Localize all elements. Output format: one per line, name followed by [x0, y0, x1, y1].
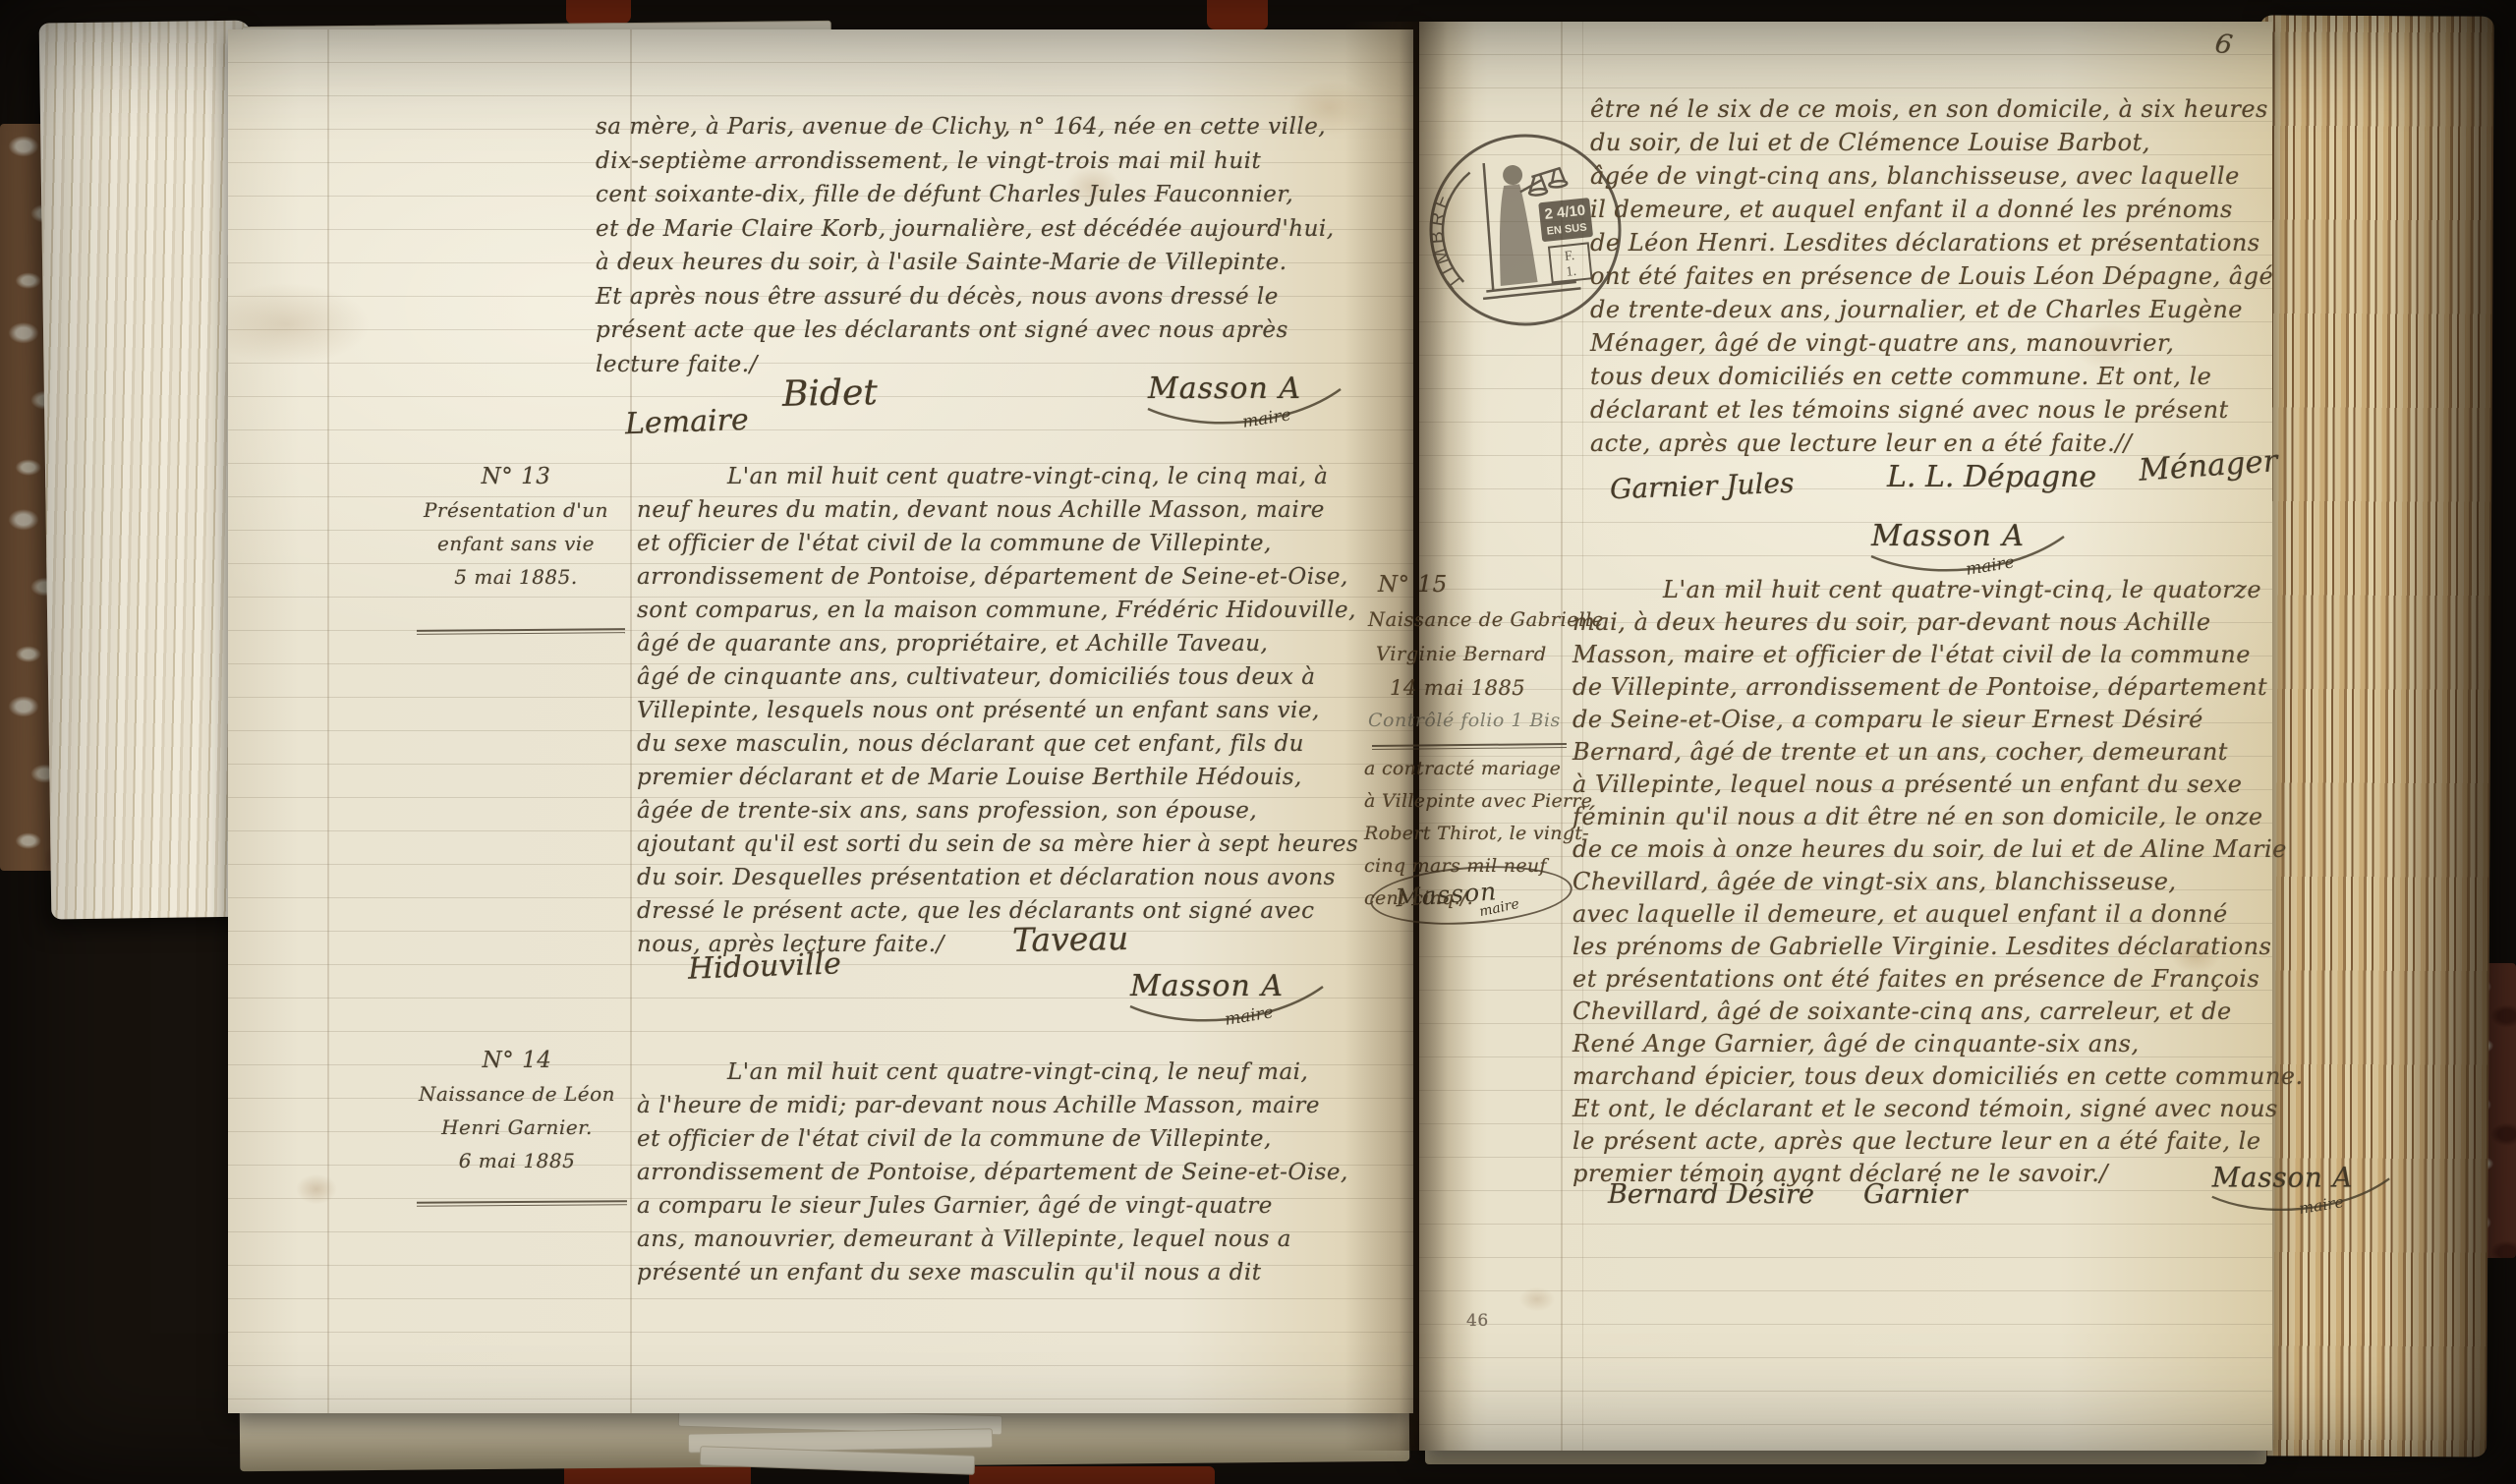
manuscript-line: sa mère, à Paris, avenue de Clichy, n° 1… [596, 110, 1335, 144]
manuscript-line: déclarant et les témoins signé avec nous… [1590, 393, 2273, 427]
stamp-footer-bottom: 1. [1566, 264, 1577, 280]
manuscript-line: arrondissement de Pontoise, département … [637, 560, 1358, 594]
act-14-number: N° 14 [401, 1044, 633, 1077]
signature-lemaire: Lemaire [624, 403, 749, 441]
manuscript-line: ans, manouvrier, demeurant à Villepinte,… [637, 1223, 1348, 1256]
manuscript-line: âgée de trente-six ans, sans profession,… [637, 794, 1358, 828]
manuscript-line: être né le six de ce mois, en son domici… [1590, 92, 2273, 126]
manuscript-line: et officier de l'état civil de la commun… [637, 527, 1358, 560]
mayor-signature-name: Masson A [1130, 969, 1284, 1003]
act-15-control-note: Contrôlé folio 1 Bis [1368, 710, 1561, 731]
manuscript-line: L'an mil huit cent quatre-vingt-cinq, le… [637, 460, 1358, 493]
svg-text:TIMBRE: TIMBRE [1422, 186, 1468, 294]
manuscript-line: il demeure, et auquel enfant il a donné … [1590, 193, 2273, 226]
act-15-margin-date: 14 mai 1885 [1368, 671, 1576, 706]
left-page-margin-rule-outer [327, 29, 329, 1413]
manuscript-line: L'an mil huit cent quatre-vingt-cinq, le… [1572, 574, 2304, 606]
manuscript-line: marchand épicier, tous deux domiciliés e… [1572, 1060, 2304, 1093]
mayor-signature-name: Masson A [1871, 519, 2025, 553]
manuscript-line: et de Marie Claire Korb, journalière, es… [596, 212, 1335, 247]
act-13-margin-line: Présentation d'un [403, 493, 629, 527]
act-14-margin-note: N° 14 Naissance de Léon Henri Garnier. 6… [401, 1044, 633, 1177]
manuscript-line: L'an mil huit cent quatre-vingt-cinq, le… [637, 1056, 1348, 1089]
signature-hidouville: Hidouville [687, 946, 841, 986]
signature-garnier: Garnier [1863, 1179, 1967, 1210]
act-13-number: N° 13 [403, 460, 629, 493]
manuscript-line: et présentations ont été faites en prése… [1572, 963, 2304, 996]
act-15-body-text: L'an mil huit cent quatre-vingt-cinq, le… [1572, 574, 2304, 1190]
manuscript-line: féminin qu'il nous a dit être né en son … [1572, 801, 2304, 833]
manuscript-line: du sexe masculin, nous déclarant que cet… [637, 727, 1358, 761]
manuscript-line: du soir. Desquelles présentation et décl… [637, 861, 1358, 894]
manuscript-line: les prénoms de Gabrielle Virginie. Lesdi… [1572, 931, 2304, 963]
manuscript-line: Et ont, le déclarant et le second témoin… [1572, 1093, 2304, 1125]
act-13-body-text: L'an mil huit cent quatre-vingt-cinq, le… [637, 460, 1358, 961]
manuscript-line: avec laquelle il demeure, et auquel enfa… [1572, 898, 2304, 931]
manuscript-line: à Villepinte avec Pierre [1364, 785, 1592, 818]
manuscript-line: Chevillard, âgée de vingt-six ans, blanc… [1572, 866, 2304, 898]
manuscript-line: à Villepinte, lequel nous a présenté un … [1572, 769, 2304, 801]
manuscript-line: Bernard, âgé de trente et un ans, cocher… [1572, 736, 2304, 769]
manuscript-line: présenté un enfant du sexe masculin qu'i… [637, 1256, 1348, 1289]
mayor-signature-name: Masson A [2212, 1163, 2354, 1194]
spine-cap-bottom-right [969, 1466, 1215, 1484]
signature-garnier-jules: Garnier Jules [1609, 467, 1794, 506]
act-15-margin-line: Virginie Bernard [1368, 637, 1576, 671]
act-14-margin-line: Naissance de Léon [401, 1077, 633, 1111]
manuscript-line: Masson, maire et officier de l'état civi… [1572, 639, 2304, 671]
manuscript-line: de Villepinte, arrondissement de Pontois… [1572, 671, 2304, 704]
manuscript-line: arrondissement de Pontoise, département … [637, 1156, 1348, 1189]
manuscript-line: a comparu le sieur Jules Garnier, âgé de… [637, 1189, 1348, 1223]
manuscript-line: âgé de quarante ans, propriétaire, et Ac… [637, 627, 1358, 660]
manuscript-line: cent soixante-dix, fille de défunt Charl… [596, 178, 1335, 212]
manuscript-line: et officier de l'état civil de la commun… [637, 1122, 1348, 1156]
signature-mayor-act-15: Masson A maire [2212, 1163, 2411, 1226]
manuscript-line: neuf heures du matin, devant nous Achill… [637, 493, 1358, 527]
manuscript-line: René Ange Garnier, âgé de cinquante-six … [1572, 1028, 2304, 1060]
manuscript-line: Et après nous être assuré du décès, nous… [596, 280, 1335, 314]
manuscript-line: du soir, de lui et de Clémence Louise Ba… [1590, 126, 2273, 159]
manuscript-line: de trente-deux ans, journalier, et de Ch… [1590, 293, 2273, 326]
register-scan: sa mère, à Paris, avenue de Clichy, n° 1… [0, 0, 2516, 1484]
manuscript-line: âgée de vingt-cinq ans, blanchisseuse, a… [1590, 159, 2273, 193]
manuscript-line: a contracté mariage [1364, 753, 1592, 785]
signature-mayor-act-13: Masson A maire [1130, 969, 1346, 1038]
manuscript-line: à l'heure de midi; par-devant nous Achil… [637, 1089, 1348, 1122]
manuscript-line: Villepinte, lesquels nous ont présenté u… [637, 694, 1358, 727]
act-15-number: N° 15 [1368, 568, 1576, 602]
stamp-footer-top: F. [1564, 249, 1575, 264]
previous-act-end-text: sa mère, à Paris, avenue de Clichy, n° 1… [596, 110, 1335, 381]
manuscript-line: Chevillard, âgé de soixante-cinq ans, ca… [1572, 996, 2304, 1028]
manuscript-line: mai, à deux heures du soir, par-devant n… [1572, 606, 2304, 639]
manuscript-line: présent acte que les déclarants ont sign… [596, 314, 1335, 348]
sheet-number: 46 [1466, 1311, 1489, 1331]
manuscript-line: premier déclarant et de Marie Louise Ber… [637, 761, 1358, 794]
stamp-ring-label: TIMBRE [1422, 186, 1468, 294]
manuscript-line: de Léon Henri. Lesdites déclarations et … [1590, 226, 2273, 259]
manuscript-line: tous deux domiciliés en cette commune. E… [1590, 360, 2273, 393]
signature-depagne: L. L. Dépagne [1887, 460, 2096, 494]
signature-mayor-previous-act: Masson A maire [1148, 371, 1364, 440]
act-13-margin-line: enfant sans vie [403, 527, 629, 560]
manuscript-line: ajoutant qu'il est sorti du sein de sa m… [637, 828, 1358, 861]
act-14-margin-date: 6 mai 1885 [401, 1144, 633, 1177]
manuscript-line: dressé le présent acte, que les déclaran… [637, 894, 1358, 928]
spine-cap-top-right [1207, 0, 1268, 29]
spine-cap-top-left [566, 0, 631, 24]
act-14-margin-line: Henri Garnier. [401, 1111, 633, 1144]
signature-bernard: Bernard Désiré [1608, 1179, 1814, 1210]
signature-taveau: Taveau [1012, 919, 1129, 959]
manuscript-line: de Seine-et-Oise, a comparu le sieur Ern… [1572, 704, 2304, 736]
act-13-margin-note: N° 13 Présentation d'un enfant sans vie … [403, 460, 629, 594]
manuscript-line: sont comparus, en la maison commune, Fré… [637, 594, 1358, 627]
act-14-continuation-text: être né le six de ce mois, en son domici… [1590, 92, 2273, 460]
act-15-margin-line: Naissance de Gabrielle [1368, 602, 1576, 637]
manuscript-line: de ce mois à onze heures du soir, de lui… [1572, 833, 2304, 866]
manuscript-line: Robert Thirot, le vingt- [1364, 818, 1592, 850]
act-15-margin-note: N° 15 Naissance de Gabrielle Virginie Be… [1368, 568, 1576, 706]
act-13-margin-date: 5 mai 1885. [403, 560, 629, 594]
manuscript-line: âgé de cinquante ans, cultivateur, domic… [637, 660, 1358, 694]
manuscript-line: le présent acte, après que lecture leur … [1572, 1125, 2304, 1158]
manuscript-line: à deux heures du soir, à l'asile Sainte-… [596, 246, 1335, 280]
act-14-body-text: L'an mil huit cent quatre-vingt-cinq, le… [637, 1056, 1348, 1289]
signature-bidet: Bidet [782, 372, 878, 415]
manuscript-line: dix-septième arrondissement, le vingt-tr… [596, 144, 1335, 179]
mayor-signature-name: Masson A [1148, 371, 1301, 406]
manuscript-line: ont été faites en présence de Louis Léon… [1590, 259, 2273, 293]
manuscript-line: Ménager, âgé de vingt-quatre ans, manouv… [1590, 326, 2273, 360]
